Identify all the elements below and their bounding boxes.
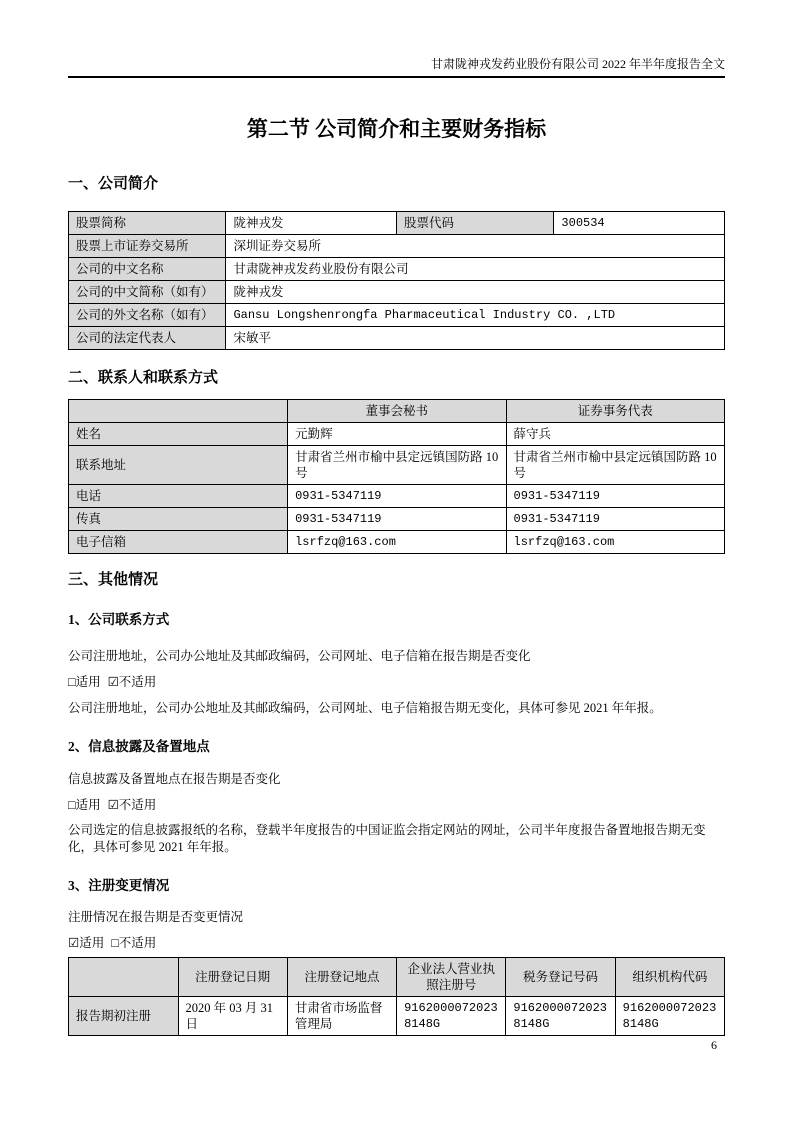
cell-value: lsrfzq@163.com bbox=[288, 531, 506, 554]
note-text: 公司注册地址，公司办公地址及其邮政编码，公司网址、电子信箱报告期无变化，具体可参… bbox=[68, 700, 725, 717]
checkbox-checked-icon: ☑ bbox=[108, 798, 119, 812]
table-row: 公司的法定代表人 宋敏平 bbox=[69, 327, 725, 350]
header-title: 甘肃陇神戎发药业股份有限公司 2022 年半年度报告全文 bbox=[431, 57, 725, 71]
contacts-table: 董事会秘书 证券事务代表 姓名 元勤辉 薛守兵 联系地址 甘肃省兰州市榆中县定远… bbox=[68, 399, 725, 554]
cell-value: 深圳证券交易所 bbox=[226, 235, 725, 258]
checkbox-not-applicable: ☑不适用 bbox=[108, 798, 157, 812]
checkbox-applicable-label: 适用 bbox=[79, 936, 104, 950]
table-row: 电子信箱 lsrfzq@163.com lsrfzq@163.com bbox=[69, 531, 725, 554]
checkbox-not-applicable: □不适用 bbox=[111, 936, 156, 950]
column-header: 董事会秘书 bbox=[288, 400, 506, 423]
column-header: 税务登记号码 bbox=[506, 958, 615, 997]
page-title: 第二节 公司简介和主要财务指标 bbox=[68, 115, 725, 143]
cell-value: 甘肃省市场监督管理局 bbox=[287, 997, 396, 1036]
column-header: 证券事务代表 bbox=[506, 400, 724, 423]
cell-value: 宋敏平 bbox=[226, 327, 725, 350]
table-row: 公司的外文名称（如有） Gansu Longshenrongfa Pharmac… bbox=[69, 304, 725, 327]
table-row: 报告期初注册 2020 年 03 月 31 日 甘肃省市场监督管理局 91620… bbox=[69, 997, 725, 1036]
cell-value: 甘肃省兰州市榆中县定远镇国防路 10 号 bbox=[506, 446, 724, 485]
checkbox-unchecked-icon: □ bbox=[68, 675, 76, 689]
page-content: 甘肃陇神戎发药业股份有限公司 2022 年半年度报告全文 第二节 公司简介和主要… bbox=[68, 0, 725, 1036]
cell-value: 元勤辉 bbox=[288, 423, 506, 446]
cell-label: 公司的中文名称 bbox=[69, 258, 226, 281]
column-header: 注册登记日期 bbox=[178, 958, 287, 997]
heading-other-info: 三、其他情况 bbox=[68, 570, 725, 590]
table-row: 公司的中文简称（如有） 陇神戎发 bbox=[69, 281, 725, 304]
table-row: 传真 0931-5347119 0931-5347119 bbox=[69, 508, 725, 531]
cell-label: 联系地址 bbox=[69, 446, 288, 485]
cell-blank bbox=[69, 400, 288, 423]
heading-contacts: 二、联系人和联系方式 bbox=[68, 368, 725, 388]
cell-label: 电话 bbox=[69, 485, 288, 508]
cell-value: 91620000720238148G bbox=[506, 997, 615, 1036]
question-text: 信息披露及备置地点在报告期是否变化 bbox=[68, 771, 725, 788]
cell-value: 91620000720238148G bbox=[615, 997, 724, 1036]
cell-label: 公司的外文名称（如有） bbox=[69, 304, 226, 327]
cell-label: 公司的法定代表人 bbox=[69, 327, 226, 350]
page-number: 6 bbox=[711, 1038, 717, 1052]
cell-label: 公司的中文简称（如有） bbox=[69, 281, 226, 304]
cell-label: 股票简称 bbox=[69, 212, 226, 235]
checkbox-checked-icon: ☑ bbox=[68, 936, 79, 950]
note-text: 公司选定的信息披露报纸的名称，登载半年度报告的中国证监会指定网站的网址，公司半年… bbox=[68, 822, 725, 856]
checkbox-checked-icon: ☑ bbox=[108, 675, 119, 689]
cell-value: 0931-5347119 bbox=[506, 508, 724, 531]
cell-label: 电子信箱 bbox=[69, 531, 288, 554]
question-text: 公司注册地址，公司办公地址及其邮政编码，公司网址、电子信箱在报告期是否变化 bbox=[68, 648, 725, 665]
column-header: 组织机构代码 bbox=[615, 958, 724, 997]
cell-value: lsrfzq@163.com bbox=[506, 531, 724, 554]
checkbox-not-applicable-label: 不适用 bbox=[119, 936, 157, 950]
table-row: 公司的中文名称 甘肃陇神戎发药业股份有限公司 bbox=[69, 258, 725, 281]
heading-registration-change: 3、注册变更情况 bbox=[68, 877, 725, 895]
cell-value: 91620000720238148G bbox=[397, 997, 506, 1036]
page-header: 甘肃陇神戎发药业股份有限公司 2022 年半年度报告全文 bbox=[68, 0, 725, 78]
table-header-row: 董事会秘书 证券事务代表 bbox=[69, 400, 725, 423]
cell-value: 甘肃省兰州市榆中县定远镇国防路 10 号 bbox=[288, 446, 506, 485]
cell-value: Gansu Longshenrongfa Pharmaceutical Indu… bbox=[226, 304, 725, 327]
cell-label: 传真 bbox=[69, 508, 288, 531]
checkbox-not-applicable-label: 不适用 bbox=[119, 675, 157, 689]
cell-value: 0931-5347119 bbox=[506, 485, 724, 508]
column-header: 企业法人营业执照注册号 bbox=[397, 958, 506, 997]
table-row: 电话 0931-5347119 0931-5347119 bbox=[69, 485, 725, 508]
table-header-row: 注册登记日期 注册登记地点 企业法人营业执照注册号 税务登记号码 组织机构代码 bbox=[69, 958, 725, 997]
heading-disclosure-location: 2、信息披露及备置地点 bbox=[68, 738, 725, 756]
checkbox-applicable-label: 适用 bbox=[76, 675, 101, 689]
checkbox-line: □适用☑不适用 bbox=[68, 674, 725, 691]
table-row: 姓名 元勤辉 薛守兵 bbox=[69, 423, 725, 446]
checkbox-not-applicable: ☑不适用 bbox=[108, 675, 157, 689]
cell-value: 300534 bbox=[554, 212, 725, 235]
cell-label: 报告期初注册 bbox=[69, 997, 179, 1036]
cell-label: 股票代码 bbox=[396, 212, 553, 235]
table-row: 股票上市证券交易所 深圳证券交易所 bbox=[69, 235, 725, 258]
checkbox-line: ☑适用□不适用 bbox=[68, 935, 725, 952]
checkbox-applicable: □适用 bbox=[68, 798, 101, 812]
company-profile-table: 股票简称 陇神戎发 股票代码 300534 股票上市证券交易所 深圳证券交易所 … bbox=[68, 211, 725, 350]
cell-label: 股票上市证券交易所 bbox=[69, 235, 226, 258]
cell-value: 陇神戎发 bbox=[226, 281, 725, 304]
question-text: 注册情况在报告期是否变更情况 bbox=[68, 909, 725, 926]
checkbox-applicable: □适用 bbox=[68, 675, 101, 689]
cell-value: 薛守兵 bbox=[506, 423, 724, 446]
checkbox-not-applicable-label: 不适用 bbox=[119, 798, 157, 812]
checkbox-applicable-label: 适用 bbox=[76, 798, 101, 812]
checkbox-applicable: ☑适用 bbox=[68, 936, 104, 950]
registration-table: 注册登记日期 注册登记地点 企业法人营业执照注册号 税务登记号码 组织机构代码 … bbox=[68, 957, 725, 1036]
checkbox-unchecked-icon: □ bbox=[111, 936, 119, 950]
cell-value: 陇神戎发 bbox=[226, 212, 397, 235]
heading-company-contact-method: 1、公司联系方式 bbox=[68, 611, 725, 629]
report-page: 甘肃陇神戎发药业股份有限公司 2022 年半年度报告全文 第二节 公司简介和主要… bbox=[0, 0, 793, 1122]
checkbox-unchecked-icon: □ bbox=[68, 798, 76, 812]
table-row: 联系地址 甘肃省兰州市榆中县定远镇国防路 10 号 甘肃省兰州市榆中县定远镇国防… bbox=[69, 446, 725, 485]
heading-company-profile: 一、公司简介 bbox=[68, 174, 725, 194]
cell-label: 姓名 bbox=[69, 423, 288, 446]
column-header: 注册登记地点 bbox=[287, 958, 396, 997]
cell-blank bbox=[69, 958, 179, 997]
cell-value: 甘肃陇神戎发药业股份有限公司 bbox=[226, 258, 725, 281]
table-row: 股票简称 陇神戎发 股票代码 300534 bbox=[69, 212, 725, 235]
cell-value: 0931-5347119 bbox=[288, 508, 506, 531]
cell-value: 2020 年 03 月 31 日 bbox=[178, 997, 287, 1036]
checkbox-line: □适用☑不适用 bbox=[68, 797, 725, 814]
cell-value: 0931-5347119 bbox=[288, 485, 506, 508]
